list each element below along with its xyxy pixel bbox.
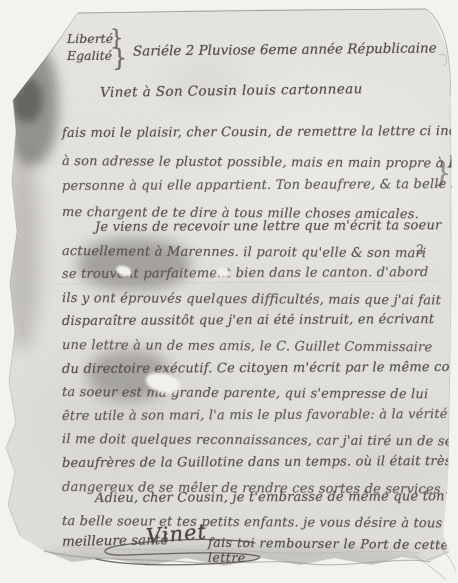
handwriting-line: ta belle soeur et tes petits enfants. je… [62,510,458,536]
ink-stain-corner [12,78,42,122]
handwriting-line: beaufrères de la Guillotine dans un temp… [62,450,458,476]
scanned-letter-page: Liberté Egalité } } Sariéle 2 Pluviose 6… [0,0,458,583]
margin-brace-mark: } [432,155,453,190]
signature: Vinet [145,519,208,548]
handwriting-line: personne à qui elle appartient. Ton beau… [62,172,458,200]
handwriting-segment: à son adresse le plustot possible, mais … [62,154,448,171]
handwriting-line: être utile à son mari, l'a mis le plus f… [62,402,458,428]
motto-egalite: Egalité [67,47,113,64]
postscript-line: fais toi rembourser le Port de cette let… [208,535,458,568]
letter-paper: Liberté Egalité } } Sariéle 2 Pluviose 6… [0,0,458,583]
motto-brace-bottom: } [112,44,127,72]
paragraph-1: fais moi le plaisir, cher Cousin, de rem… [62,121,458,225]
handwriting-line: Adieu, cher Cousin, je t'embrasse de mêm… [95,485,458,510]
address-line: Vinet à Son Cousin louis cartonneau [100,81,363,101]
handwriting-line: du directoire exécutif. Ce citoyen m'écr… [62,355,458,381]
dateline: Sariéle 2 Pluviose 6eme année Républicai… [133,40,437,59]
republican-motto: Liberté Egalité [67,30,113,64]
handwriting-line: Je viens de recevoir une lettre que m'éc… [95,214,458,240]
handwriting-line: fais moi le plaisir, cher Cousin, de rem… [62,119,458,147]
ink-stain-left-edge-top [6,45,58,165]
ink-stain-left-edge-mid [4,150,40,350]
paragraph-2: Je viens de recevoir une lettre que m'éc… [62,216,458,499]
handwriting-line: disparaître aussitôt que j'en ai été ins… [62,308,458,334]
motto-liberte: Liberté [67,30,113,47]
paragraph-3: Adieu, cher Cousin, je t'embrasse de mêm… [62,487,458,533]
